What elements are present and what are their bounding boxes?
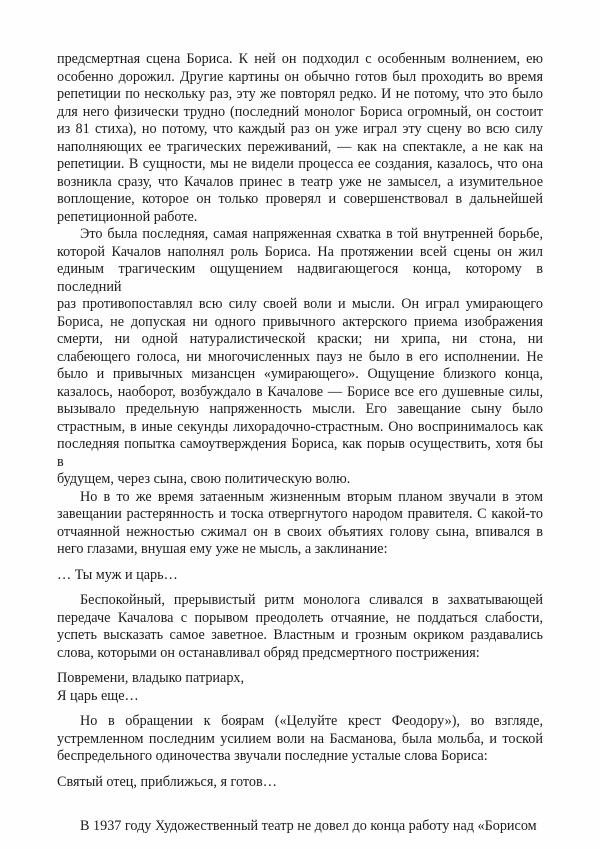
text-line: Святый отец, приближься, я готов… <box>57 774 543 792</box>
paragraph: Но в то же время затаенным жизненным вто… <box>57 489 543 559</box>
text-line: … Ты муж и царь… <box>57 567 543 585</box>
paragraph: Но в обращении к боярам («Целуйте крест … <box>57 713 543 766</box>
paragraph: Это была последняя, самая напряженная сх… <box>57 226 543 489</box>
text-line: страстным, в иные секунды лихорадочно-ст… <box>57 419 543 437</box>
text-line: завещании растерянность и тоска отвергну… <box>57 506 543 524</box>
text-line: воплощение, которое он только проверял и… <box>57 191 543 209</box>
text-line: которой Качалов наполнял роль Бориса. На… <box>57 244 543 262</box>
text-line: предсмертная сцена Бориса. К ней он подх… <box>57 51 543 69</box>
text-line: Но в то же время затаенным жизненным вто… <box>57 489 543 507</box>
text-line: репетиции. В сущности, мы не видели проц… <box>57 156 543 174</box>
text-line: Беспокойный, прерывистый ритм монолога с… <box>57 592 543 610</box>
text-line: репетиционной работе. <box>57 209 543 227</box>
text-line: будущем, через сына, свою политическую в… <box>57 471 543 489</box>
text-line: Бориса, не допуская ни одного привычного… <box>57 314 543 332</box>
text-column: предсмертная сцена Бориса. К ней он подх… <box>57 51 543 836</box>
text-line: Я царь еще… <box>57 688 543 706</box>
text-line: раз противопоставлял всю силу своей воли… <box>57 296 543 314</box>
text-line: возникла сразу, что Качалов принес в теа… <box>57 174 543 192</box>
text-line: для него физически трудно (последний мон… <box>57 104 543 122</box>
text-line: слабеющего голоса, ни многочисленных пау… <box>57 349 543 367</box>
text-line: казалось, наоборот, возбуждало в Качалов… <box>57 384 543 402</box>
text-line: устремленном последним усилием воли на Б… <box>57 731 543 749</box>
text-line: единым трагическим ощущением надвигающег… <box>57 261 543 296</box>
text-line: репетиции по нескольку раз, эту же повто… <box>57 86 543 104</box>
text-line: успеть высказать самое заветное. Властны… <box>57 627 543 645</box>
text-line: наполняющих ее трагических переживаний, … <box>57 139 543 157</box>
text-line: было и привычных мизансцен «умирающего».… <box>57 366 543 384</box>
text-line: Это была последняя, самая напряженная сх… <box>57 226 543 244</box>
verse-block: … Ты муж и царь… <box>57 567 543 585</box>
text-line: слова, которыми он останавливал обряд пр… <box>57 645 543 663</box>
text-line: передаче Качалова с порывом преодолеть о… <box>57 610 543 628</box>
text-line: смерти, ни одной натуралистической краск… <box>57 331 543 349</box>
paragraph: предсмертная сцена Бориса. К ней он подх… <box>57 51 543 226</box>
verse-block: Повремени, владыко патриарх,Я царь еще… <box>57 670 543 705</box>
text-line: вызывало предельную напряженность мысли.… <box>57 401 543 419</box>
text-line: из 81 стиха), но потому, что каждый раз … <box>57 121 543 139</box>
text-line: последняя попытка самоутверждения Бориса… <box>57 436 543 471</box>
text-line: беспредельного одиночества звучали после… <box>57 748 543 766</box>
text-line: него глазами, внушая ему уже не мысль, а… <box>57 541 543 559</box>
paragraph: В 1937 году Художественный театр не дове… <box>57 818 543 836</box>
text-line: В 1937 году Художественный театр не дове… <box>57 818 543 836</box>
document-page: предсмертная сцена Бориса. К ней он подх… <box>0 0 600 849</box>
text-line: отчаянной нежностью сжимал он в своих об… <box>57 524 543 542</box>
text-line: Повремени, владыко патриарх, <box>57 670 543 688</box>
text-line: особенно дорожил. Другие картины он обыч… <box>57 69 543 87</box>
paragraph: Беспокойный, прерывистый ритм монолога с… <box>57 592 543 662</box>
text-line: Но в обращении к боярам («Целуйте крест … <box>57 713 543 731</box>
verse-block: Святый отец, приближься, я готов… <box>57 774 543 792</box>
